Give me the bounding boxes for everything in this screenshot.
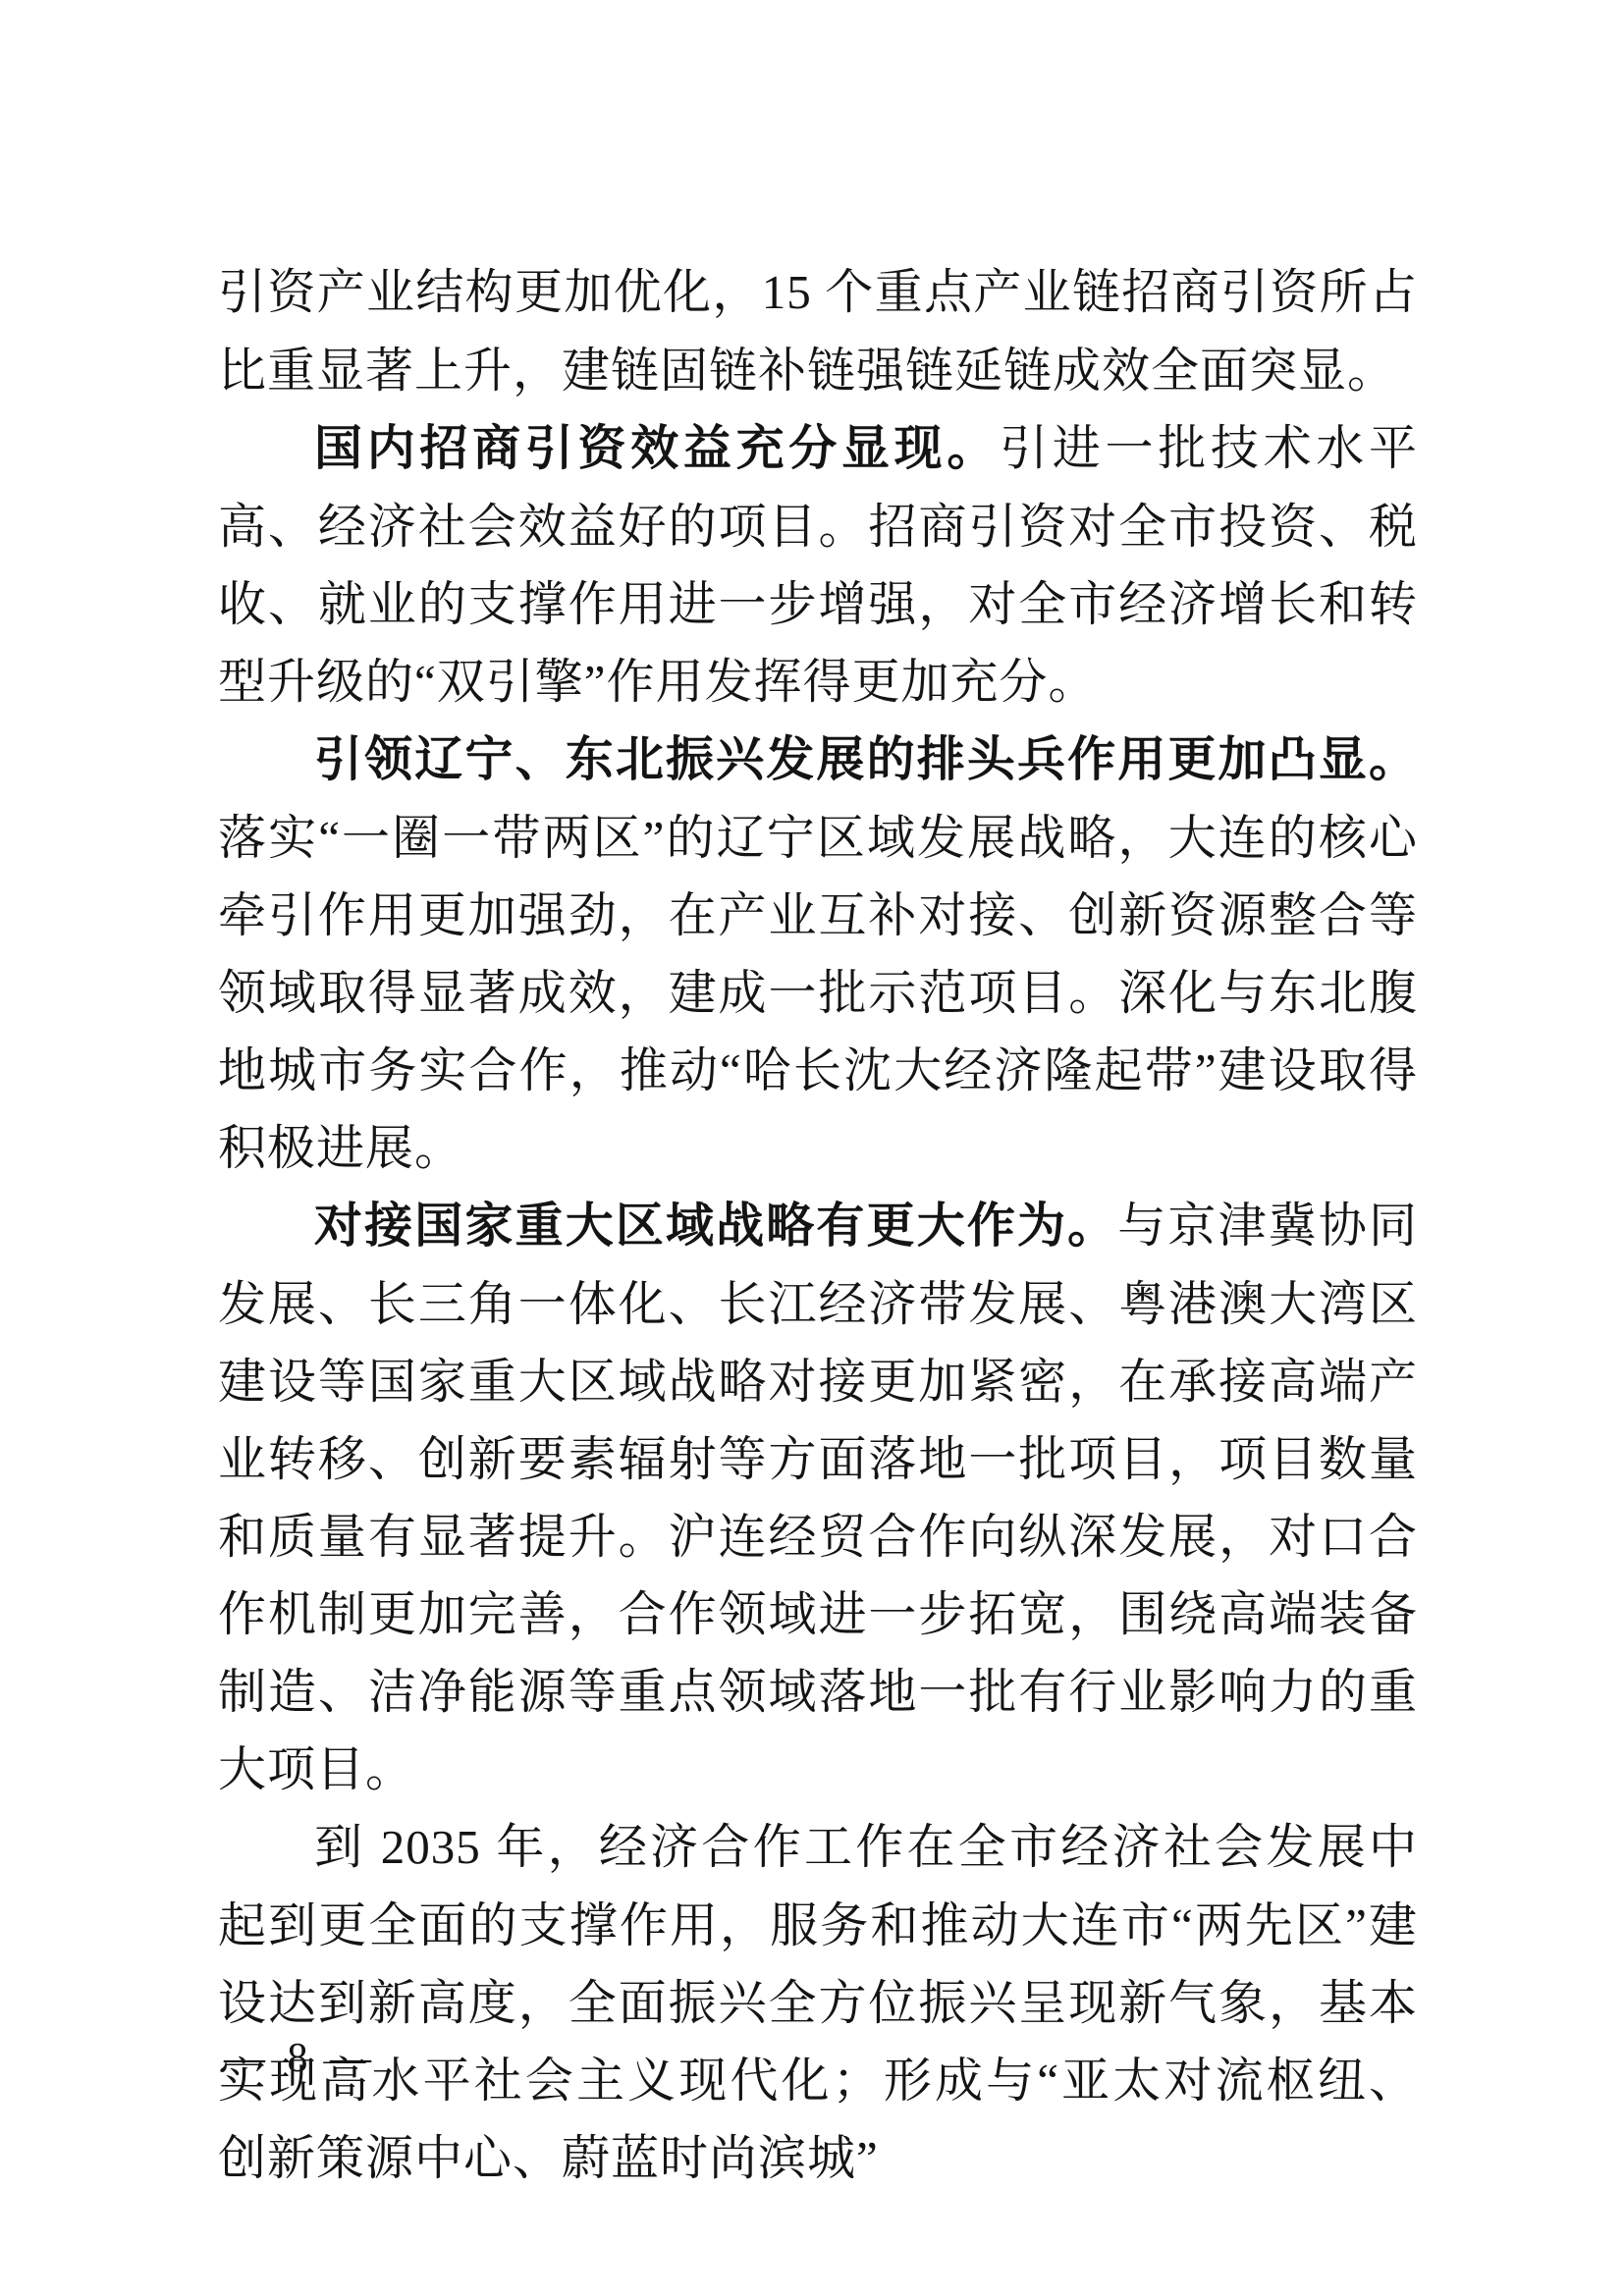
paragraph-lead: 国内招商引资效益充分显现。 [314, 422, 1000, 475]
paragraph-national-strategies: 对接国家重大区域战略有更大作为。与京津冀协同发展、长三角一体化、长江经济带发展、… [218, 1187, 1418, 1808]
paragraph-continuation: 引资产业结构更加优化，15 个重点产业链招商引资所占比重显著上升，建链固链补链强… [218, 253, 1418, 409]
document-page: 引资产业结构更加优化，15 个重点产业链招商引资所占比重显著上升，建链固链补链强… [0, 0, 1624, 2296]
document-body: 引资产业结构更加优化，15 个重点产业链招商引资所占比重显著上升，建链固链补链强… [218, 253, 1418, 2197]
paragraph-lead: 引领辽宁、东北振兴发展的排头兵作用更加凸显。 [314, 733, 1418, 786]
paragraph-text: 与京津冀协同发展、长三角一体化、长江经济带发展、粤港澳大湾区建设等国家重大区域战… [218, 1199, 1418, 1796]
paragraph-text: 到 2035 年，经济合作工作在全市经济社会发展中起到更全面的支撑作用，服务和推… [218, 1820, 1418, 2185]
paragraph-2035-goals: 到 2035 年，经济合作工作在全市经济社会发展中起到更全面的支撑作用，服务和推… [218, 1808, 1418, 2197]
paragraph-liaoning-revitalization: 引领辽宁、东北振兴发展的排头兵作用更加凸显。落实“一圈一带两区”的辽宁区域发展战… [218, 721, 1418, 1187]
paragraph-text: 引资产业结构更加优化，15 个重点产业链招商引资所占比重显著上升，建链固链补链强… [218, 265, 1418, 398]
paragraph-lead: 对接国家重大区域战略有更大作为。 [314, 1200, 1117, 1253]
page-number: — 8 — [224, 2034, 377, 2083]
paragraph-text: 落实“一圈一带两区”的辽宁区域发展战略，大连的核心牵引作用更加强劲，在产业互补对… [218, 811, 1418, 1175]
paragraph-domestic-investment: 国内招商引资效益充分显现。引进一批技术水平高、经济社会效益好的项目。招商引资对全… [218, 409, 1418, 721]
